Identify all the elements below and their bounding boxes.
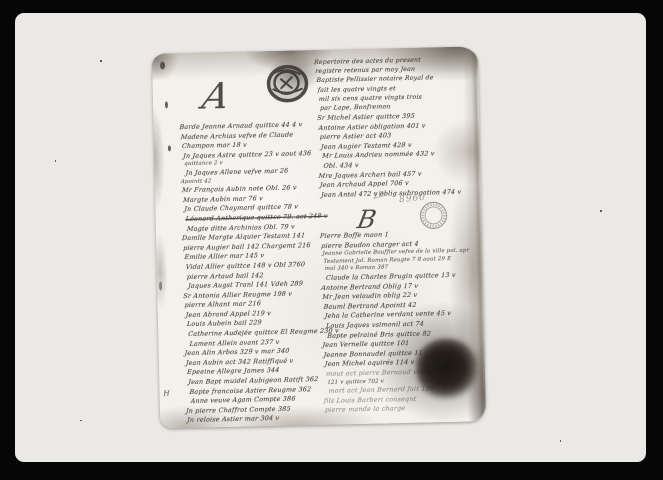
archive-round-stamp-icon bbox=[417, 199, 450, 232]
dust-speck bbox=[600, 210, 602, 212]
dust-speck bbox=[55, 160, 56, 162]
right-column-b-entries: Pierre Boffe maon 1pierre Baudon charger… bbox=[320, 228, 484, 415]
edge-ink-blot bbox=[160, 61, 165, 69]
manuscript-page: A B Repertoire des actes du presentregis… bbox=[152, 46, 486, 428]
dust-speck bbox=[560, 440, 561, 442]
microfilm-frame: A B Repertoire des actes du presentregis… bbox=[0, 0, 663, 480]
register-header: Repertoire des actes du presentregistre … bbox=[314, 55, 469, 114]
call-number-prefix: 2E bbox=[372, 190, 384, 201]
fiscal-ink-stamp-icon bbox=[262, 60, 313, 107]
margin-mark: H bbox=[163, 389, 169, 397]
edge-ink-blot bbox=[165, 101, 168, 108]
index-entry-line: pierre mande la charge bbox=[325, 403, 485, 416]
right-column-a-entries: Sr Michel Astier quittce 395Antoine Asti… bbox=[317, 110, 477, 200]
dust-speck bbox=[80, 420, 82, 421]
index-entry-line: Jn reloise Astier mar 304 v bbox=[187, 413, 339, 426]
left-column-entries: Barde Jeanne Arnaud quittce 44 4 vMadene… bbox=[179, 120, 338, 426]
edge-ink-blot bbox=[168, 145, 171, 151]
edge-ink-blot bbox=[159, 282, 162, 291]
section-letter-a: A bbox=[199, 76, 233, 118]
dust-speck bbox=[100, 60, 102, 62]
